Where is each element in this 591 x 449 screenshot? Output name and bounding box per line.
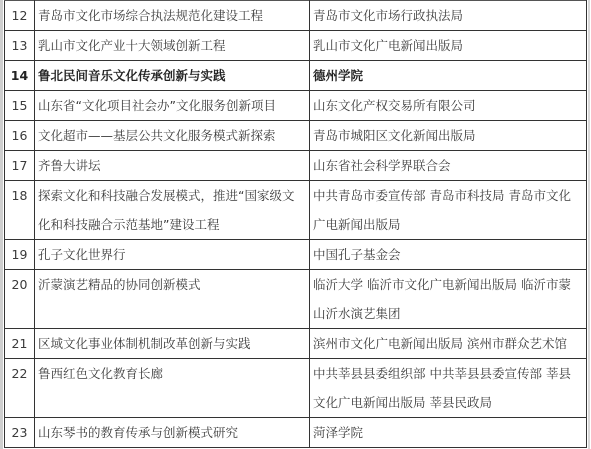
- row-number: 21: [5, 329, 35, 359]
- row-number: 23: [5, 418, 35, 448]
- table-row: 16 文化超市——基层公共文化服务模式新探索 青岛市城阳区文化新闻出版局: [5, 121, 587, 151]
- project-name: 沂蒙演艺精品的协同创新模式: [35, 270, 310, 329]
- project-name: 探索文化和科技融合发展模式，推进“国家级文化和科技融合示范基地”建设工程: [35, 181, 310, 240]
- row-number: 19: [5, 240, 35, 270]
- table-row: 15 山东省“文化项目社会办”文化服务创新项目 山东文化产权交易所有限公司: [5, 91, 587, 121]
- table-row: 19 孔子文化世界行 中国孔子基金会: [5, 240, 587, 270]
- project-name: 区域文化事业体制机制改革创新与实践: [35, 329, 310, 359]
- row-number: 16: [5, 121, 35, 151]
- organization: 德州学院: [310, 61, 587, 91]
- organization: 滨州市文化广电新闻出版局 滨州市群众艺术馆: [310, 329, 587, 359]
- organization: 乳山市文化广电新闻出版局: [310, 31, 587, 61]
- organization: 中共青岛市委宣传部 青岛市科技局 青岛市文化广电新闻出版局: [310, 181, 587, 240]
- row-number: 13: [5, 31, 35, 61]
- project-name: 山东省“文化项目社会办”文化服务创新项目: [35, 91, 310, 121]
- project-name: 鲁北民间音乐文化传承创新与实践: [35, 61, 310, 91]
- awards-table: 12 青岛市文化市场综合执法规范化建设工程 青岛市文化市场行政执法局 13 乳山…: [4, 0, 587, 448]
- organization: 青岛市城阳区文化新闻出版局: [310, 121, 587, 151]
- organization: 临沂大学 临沂市文化广电新闻出版局 临沂市蒙山沂水演艺集团: [310, 270, 587, 329]
- row-number: 14: [5, 61, 35, 91]
- table-row: 13 乳山市文化产业十大领域创新工程 乳山市文化广电新闻出版局: [5, 31, 587, 61]
- table-row: 18 探索文化和科技融合发展模式，推进“国家级文化和科技融合示范基地”建设工程 …: [5, 181, 587, 240]
- table-row: 17 齐鲁大讲坛 山东省社会科学界联合会: [5, 151, 587, 181]
- project-name: 山东琴书的教育传承与创新模式研究: [35, 418, 310, 448]
- organization: 青岛市文化市场行政执法局: [310, 1, 587, 31]
- organization: 中共莘县县委组织部 中共莘县县委宣传部 莘县文化广电新闻出版局 莘县民政局: [310, 359, 587, 418]
- row-number: 15: [5, 91, 35, 121]
- row-number: 18: [5, 181, 35, 240]
- project-name: 青岛市文化市场综合执法规范化建设工程: [35, 1, 310, 31]
- project-name: 孔子文化世界行: [35, 240, 310, 270]
- project-name: 齐鲁大讲坛: [35, 151, 310, 181]
- organization: 中国孔子基金会: [310, 240, 587, 270]
- table-row: 21 区域文化事业体制机制改革创新与实践 滨州市文化广电新闻出版局 滨州市群众艺…: [5, 329, 587, 359]
- project-name: 鲁西红色文化教育长廊: [35, 359, 310, 418]
- organization: 山东文化产权交易所有限公司: [310, 91, 587, 121]
- row-number: 22: [5, 359, 35, 418]
- table-row: 22 鲁西红色文化教育长廊 中共莘县县委组织部 中共莘县县委宣传部 莘县文化广电…: [5, 359, 587, 418]
- row-number: 20: [5, 270, 35, 329]
- page-edge-left: [0, 0, 3, 449]
- page-edge-right: [588, 0, 590, 449]
- project-name: 乳山市文化产业十大领域创新工程: [35, 31, 310, 61]
- table-row: 20 沂蒙演艺精品的协同创新模式 临沂大学 临沂市文化广电新闻出版局 临沂市蒙山…: [5, 270, 587, 329]
- project-name: 文化超市——基层公共文化服务模式新探索: [35, 121, 310, 151]
- organization: 菏泽学院: [310, 418, 587, 448]
- table-row: 12 青岛市文化市场综合执法规范化建设工程 青岛市文化市场行政执法局: [5, 1, 587, 31]
- row-number: 17: [5, 151, 35, 181]
- row-number: 12: [5, 1, 35, 31]
- awards-table-container: 12 青岛市文化市场综合执法规范化建设工程 青岛市文化市场行政执法局 13 乳山…: [4, 0, 587, 448]
- table-row-highlighted: 14 鲁北民间音乐文化传承创新与实践 德州学院: [5, 61, 587, 91]
- table-row: 23 山东琴书的教育传承与创新模式研究 菏泽学院: [5, 418, 587, 448]
- organization: 山东省社会科学界联合会: [310, 151, 587, 181]
